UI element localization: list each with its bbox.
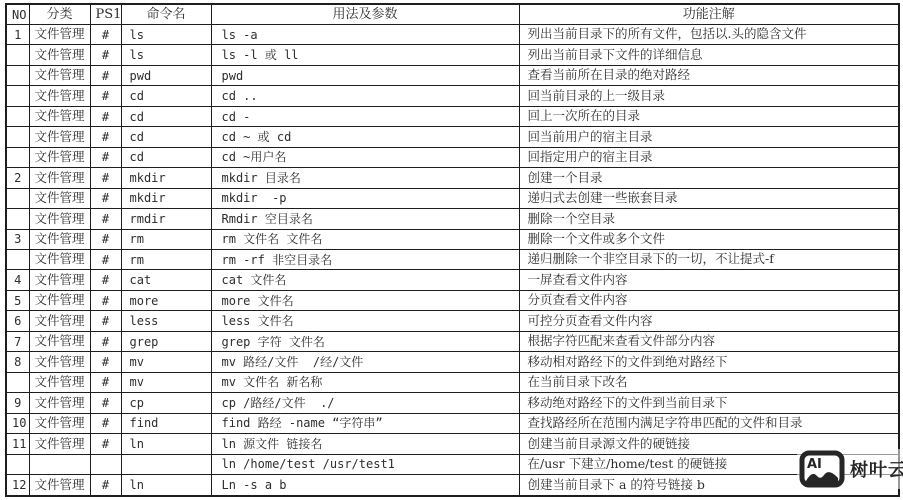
table-row: 文件管理#cdcd ..回当前目录的上一级目录 [6,86,899,106]
cell-command: cat [121,270,211,290]
table-row: 5文件管理#moremore 文件名分页查看文件内容 [6,290,899,310]
cell-command: ln [121,474,211,496]
cell-no [6,249,29,269]
cell-no [6,454,29,474]
cell-category: 文件管理 [29,331,90,351]
cell-category: 文件管理 [29,290,90,310]
cell-ps1: # [90,434,121,454]
table-row: ln /home/test /usr/test1在/usr 下建立/home/t… [6,454,899,474]
cell-note: 分页查看文件内容 [519,290,899,310]
header-category: 分类 [29,4,90,25]
cell-category [29,454,90,474]
linux-commands-table: NO 分类 PS1 命令名 用法及参数 功能注解 1文件管理#lsls -a列出… [5,3,900,497]
cell-no [6,209,29,229]
table-row: 12文件管理#lnLn -s a b创建当前目录下 a 的符号链接 b [6,474,899,496]
cell-note: 回上一次所在的目录 [519,106,899,126]
table-row: 6文件管理#lessless 文件名可控分页查看文件内容 [6,311,899,331]
cell-ps1: # [90,393,121,413]
cell-note: 递归删除一个非空目录下的一切，不让提式-f [519,249,899,269]
cell-category: 文件管理 [29,209,90,229]
ai-image-logo-icon: AI [799,450,845,488]
cell-category: 文件管理 [29,270,90,290]
cell-command: mkdir [121,188,211,208]
cell-command: less [121,311,211,331]
cell-note: 移动绝对路经下的文件到当前目录下 [519,393,899,413]
cell-command: pwd [121,65,211,85]
cell-ps1: # [90,45,121,65]
cell-category: 文件管理 [29,147,90,167]
cell-usage: ln /home/test /usr/test1 [211,454,519,474]
cell-category: 文件管理 [29,168,90,188]
cell-note: 回当前用户的宿主目录 [519,127,899,147]
header-usage: 用法及参数 [211,4,519,25]
cell-usage: ls -l 或 ll [211,45,519,65]
cell-ps1: # [90,474,121,496]
cell-ps1: # [90,65,121,85]
cell-usage: mkdir 目录名 [211,168,519,188]
header-ps1: PS1 [90,4,121,25]
cell-note: 在当前目录下改名 [519,372,899,392]
table-row: 3文件管理#rmrm 文件名 文件名删除一个文件或多个文件 [6,229,899,249]
table-row: 1文件管理#lsls -a列出当前目录下的所有文件，包括以.头的隐含文件 [6,25,899,45]
table-row: 文件管理#lsls -l 或 ll列出当前目录下文件的详细信息 [6,45,899,65]
table-row: 文件管理#rmdirRmdir 空目录名删除一个空目录 [6,209,899,229]
cell-usage: less 文件名 [211,311,519,331]
cell-no: 10 [6,413,29,433]
cell-command: rm [121,229,211,249]
cell-command: rmdir [121,209,211,229]
cell-note: 一屏查看文件内容 [519,270,899,290]
cell-no: 3 [6,229,29,249]
table-row: 文件管理#cdcd ~用户名回指定用户的宿主目录 [6,147,899,167]
cell-category: 文件管理 [29,188,90,208]
cell-category: 文件管理 [29,25,90,45]
cell-no [6,188,29,208]
cell-no [6,106,29,126]
cell-no [6,147,29,167]
cell-category: 文件管理 [29,393,90,413]
table-row: 7文件管理#grepgrep 字符 文件名根据字符匹配来查看文件部分内容 [6,331,899,351]
cell-usage: cat 文件名 [211,270,519,290]
header-note: 功能注解 [519,4,899,25]
cell-usage: Ln -s a b [211,474,519,496]
cell-no: 8 [6,352,29,372]
cell-no [6,127,29,147]
cell-ps1: # [90,290,121,310]
table-row: 4文件管理#catcat 文件名一屏查看文件内容 [6,270,899,290]
cell-no [6,86,29,106]
cell-no: 7 [6,331,29,351]
svg-text:AI: AI [807,457,822,472]
cell-usage: cd .. [211,86,519,106]
table-row: 文件管理#mkdirmkdir -p递归式去创建一些嵌套目录 [6,188,899,208]
cell-note: 列出当前目录下文件的详细信息 [519,45,899,65]
header-no: NO [6,4,29,25]
cell-category: 文件管理 [29,372,90,392]
cell-ps1: # [90,168,121,188]
cell-ps1: # [90,147,121,167]
cell-usage: cp /路经/文件 ./ [211,393,519,413]
table-row: 文件管理#cdcd -回上一次所在的目录 [6,106,899,126]
cell-command: cd [121,106,211,126]
cell-command: cd [121,86,211,106]
cell-usage: find 路经 -name “字符串” [211,413,519,433]
cell-no [6,65,29,85]
cell-usage: cd - [211,106,519,126]
cell-ps1: # [90,86,121,106]
table-row: 文件管理#pwdpwd查看当前所在目录的绝对路经 [6,65,899,85]
cell-category: 文件管理 [29,127,90,147]
cell-note: 根据字符匹配来查看文件部分内容 [519,331,899,351]
cell-usage: rm 文件名 文件名 [211,229,519,249]
cell-usage: pwd [211,65,519,85]
cell-no [6,45,29,65]
cell-ps1: # [90,127,121,147]
cell-usage: cd ~ 或 cd [211,127,519,147]
table-header-row: NO 分类 PS1 命令名 用法及参数 功能注解 [6,4,899,25]
cell-no: 1 [6,25,29,45]
cell-note: 删除一个空目录 [519,209,899,229]
cell-category: 文件管理 [29,65,90,85]
cell-command: mkdir [121,168,211,188]
cell-command: mv [121,372,211,392]
cell-note: 创建一个目录 [519,168,899,188]
cell-command: ln [121,434,211,454]
cell-command: cd [121,127,211,147]
cell-note: 可控分页查看文件内容 [519,311,899,331]
cell-note: 移动相对路经下的文件到绝对路经下 [519,352,899,372]
cell-ps1: # [90,372,121,392]
cell-ps1: # [90,413,121,433]
cell-command: ls [121,25,211,45]
cell-ps1 [90,454,121,474]
table-row: 文件管理#mvmv 文件名 新名称在当前目录下改名 [6,372,899,392]
cell-category: 文件管理 [29,249,90,269]
cell-ps1: # [90,352,121,372]
scanned-command-reference-page: NO 分类 PS1 命令名 用法及参数 功能注解 1文件管理#lsls -a列出… [0,0,903,500]
cell-usage: mv 文件名 新名称 [211,372,519,392]
watermark-brand-text: 树叶云 [850,456,903,482]
cell-ps1: # [90,188,121,208]
cell-command: mv [121,352,211,372]
cell-command: grep [121,331,211,351]
cell-no: 2 [6,168,29,188]
cell-usage: more 文件名 [211,290,519,310]
cell-category: 文件管理 [29,311,90,331]
table-row: 10文件管理#findfind 路经 -name “字符串”查找路经所在范围内满… [6,413,899,433]
cell-command: cd [121,147,211,167]
cell-usage: cd ~用户名 [211,147,519,167]
table-row: 文件管理#rmrm -rf 非空目录名递归删除一个非空目录下的一切，不让提式-f [6,249,899,269]
cell-no: 11 [6,434,29,454]
cell-usage: mkdir -p [211,188,519,208]
cell-note: 删除一个文件或多个文件 [519,229,899,249]
cell-note: 查看当前所在目录的绝对路经 [519,65,899,85]
header-command: 命令名 [121,4,211,25]
cell-command: ls [121,45,211,65]
cell-ps1: # [90,229,121,249]
cell-category: 文件管理 [29,229,90,249]
cell-no: 9 [6,393,29,413]
cell-note: 递归式去创建一些嵌套目录 [519,188,899,208]
cell-no: 4 [6,270,29,290]
table-row: 文件管理#cdcd ~ 或 cd回当前用户的宿主目录 [6,127,899,147]
cell-usage: Rmdir 空目录名 [211,209,519,229]
table-row: 8文件管理#mvmv 路经/文件 /经/文件移动相对路经下的文件到绝对路经下 [6,352,899,372]
cell-command: more [121,290,211,310]
table-row: 11文件管理#lnln 源文件 链接名创建当前目录源文件的硬链接 [6,434,899,454]
cell-note: 回指定用户的宿主目录 [519,147,899,167]
table-row: 2文件管理#mkdirmkdir 目录名创建一个目录 [6,168,899,188]
cell-ps1: # [90,311,121,331]
cell-category: 文件管理 [29,434,90,454]
cell-ps1: # [90,270,121,290]
cell-command: rm [121,249,211,269]
cell-note: 查找路经所在范围内满足字符串匹配的文件和目录 [519,413,899,433]
cell-usage: grep 字符 文件名 [211,331,519,351]
cell-no: 6 [6,311,29,331]
cell-command: find [121,413,211,433]
cell-no: 12 [6,474,29,496]
cell-category: 文件管理 [29,474,90,496]
cell-ps1: # [90,25,121,45]
cell-note: 回当前目录的上一级目录 [519,86,899,106]
cell-ps1: # [90,331,121,351]
cell-ps1: # [90,209,121,229]
cell-usage: ls -a [211,25,519,45]
table-body: 1文件管理#lsls -a列出当前目录下的所有文件，包括以.头的隐含文件文件管理… [6,25,899,497]
watermark: AI 树叶云 [797,449,903,489]
cell-command [121,454,211,474]
cell-usage: rm -rf 非空目录名 [211,249,519,269]
cell-category: 文件管理 [29,106,90,126]
cell-no: 5 [6,290,29,310]
cell-command: cp [121,393,211,413]
cell-ps1: # [90,106,121,126]
cell-ps1: # [90,249,121,269]
cell-category: 文件管理 [29,86,90,106]
cell-category: 文件管理 [29,352,90,372]
cell-usage: mv 路经/文件 /经/文件 [211,352,519,372]
cell-usage: ln 源文件 链接名 [211,434,519,454]
cell-note: 列出当前目录下的所有文件，包括以.头的隐含文件 [519,25,899,45]
table-row: 9文件管理#cpcp /路经/文件 ./移动绝对路经下的文件到当前目录下 [6,393,899,413]
cell-category: 文件管理 [29,45,90,65]
cell-category: 文件管理 [29,413,90,433]
cell-no [6,372,29,392]
